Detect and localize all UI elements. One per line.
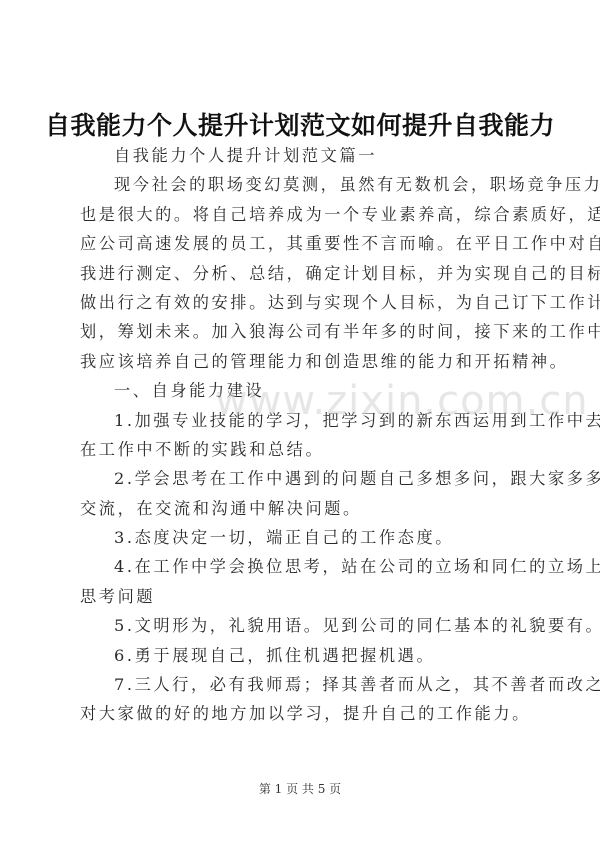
page-footer: 第 1 页 共 5 页 — [0, 780, 600, 797]
list-item-continuation: 对大家做的好的地方加以学习，提升自己的工作能力。 — [80, 699, 525, 728]
list-item-continuation: 思考问题 — [80, 582, 525, 611]
list-item: 6.勇于展现自己，抓住机遇把握机遇。 — [80, 641, 525, 670]
list-item: 2.学会思考在工作中遇到的问题自己多想多问，跟大家多多 — [80, 464, 525, 493]
section-heading: 一、自身能力建设 — [80, 376, 525, 405]
document-title: 自我能力个人提升计划范文如何提升自我能力 — [0, 106, 600, 142]
paragraph-line: 我应该培养自己的管理能力和创造思维的能力和开拓精神。 — [80, 347, 525, 376]
paragraph-line: 我进行测定、分析、总结，确定计划目标，并为实现自己的目标 — [80, 259, 525, 288]
list-item: 3.态度决定一切，端正自己的工作态度。 — [80, 523, 525, 552]
paragraph-line: 现今社会的职场变幻莫测，虽然有无数机会，职场竞争压力 — [80, 170, 525, 199]
paragraph-line: 划，筹划未来。加入狼海公司有半年多的时间，接下来的工作中， — [80, 317, 525, 346]
list-item: 1.加强专业技能的学习，把学习到的新东西运用到工作中去， — [80, 406, 525, 435]
paragraph-line: 应公司高速发展的员工，其重要性不言而喻。在平日工作中对自 — [80, 229, 525, 258]
document-body: 自我能力个人提升计划范文篇一 现今社会的职场变幻莫测，虽然有无数机会，职场竞争压… — [80, 141, 525, 729]
document-page: 自我能力个人提升计划范文如何提升自我能力 自我能力个人提升计划范文篇一 现今社会… — [0, 0, 600, 849]
paragraph-line: 也是很大的。将自己培养成为一个专业素养高，综合素质好，适 — [80, 200, 525, 229]
list-item: 7.三人行，必有我师焉；择其善者而从之，其不善者而改之； — [80, 670, 525, 699]
paragraph-line: 做出行之有效的安排。达到与实现个人目标，为自己订下工作计 — [80, 288, 525, 317]
list-item: 5.文明形为，礼貌用语。见到公司的同仁基本的礼貌要有。 — [80, 611, 525, 640]
list-item-continuation: 在工作中不断的实践和总结。 — [80, 435, 525, 464]
section-heading: 自我能力个人提升计划范文篇一 — [80, 141, 525, 170]
list-item: 4.在工作中学会换位思考，站在公司的立场和同仁的立场上 — [80, 552, 525, 581]
list-item-continuation: 交流，在交流和沟通中解决问题。 — [80, 494, 525, 523]
